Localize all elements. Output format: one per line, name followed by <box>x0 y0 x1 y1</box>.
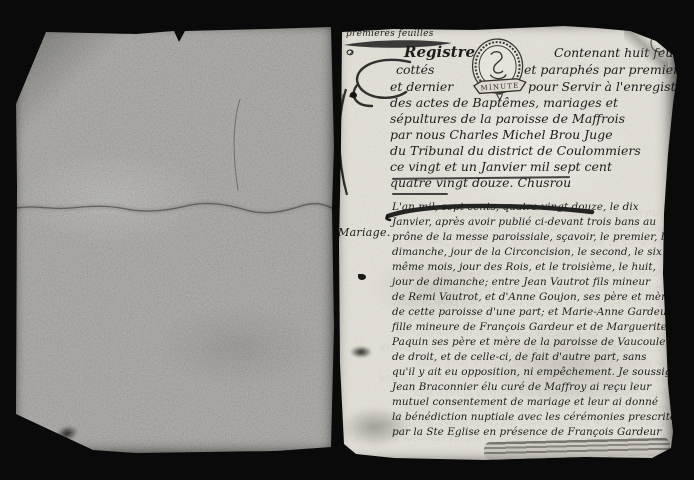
header-row: et dernier pour Servir à l'enregistremen… <box>390 78 680 95</box>
minute-stamp: MINUTE <box>468 36 531 108</box>
header-word-cottes: cottés <box>390 61 482 78</box>
margin-note-mariage: Mariage. <box>338 226 391 239</box>
paper-grain-texture <box>16 27 334 453</box>
header-row: Registre Contenant huit feuilles <box>390 44 680 61</box>
left-blank-page <box>16 27 334 453</box>
page-fold-shadow <box>340 407 410 447</box>
ink-smudge <box>54 423 79 443</box>
fold-hairline-mark <box>226 97 250 192</box>
gutter-bracket-mark <box>334 86 350 198</box>
underline-flourish <box>392 193 448 195</box>
crease-line <box>16 197 334 219</box>
ink-blot <box>358 274 366 280</box>
ink-blot <box>350 346 372 358</box>
first-sheet-annotation: premières feuilles <box>346 29 434 39</box>
page-bottom-edges <box>484 438 670 460</box>
right-manuscript-page: L'an mil, sept cents, quatre-vingt douze… <box>334 24 680 465</box>
header-row: cottés et paraphés par premier <box>390 61 680 78</box>
ink-blot <box>349 91 358 99</box>
header-word-dernier: et dernier <box>390 78 476 95</box>
header-text: Registre Contenant huit feuilles cottés … <box>390 44 680 191</box>
scanned-register-spread: L'an mil, sept cents, quatre-vingt douze… <box>0 0 694 480</box>
act-body-text: L'an mil, sept cents, quatre-vingt douze… <box>392 200 680 440</box>
